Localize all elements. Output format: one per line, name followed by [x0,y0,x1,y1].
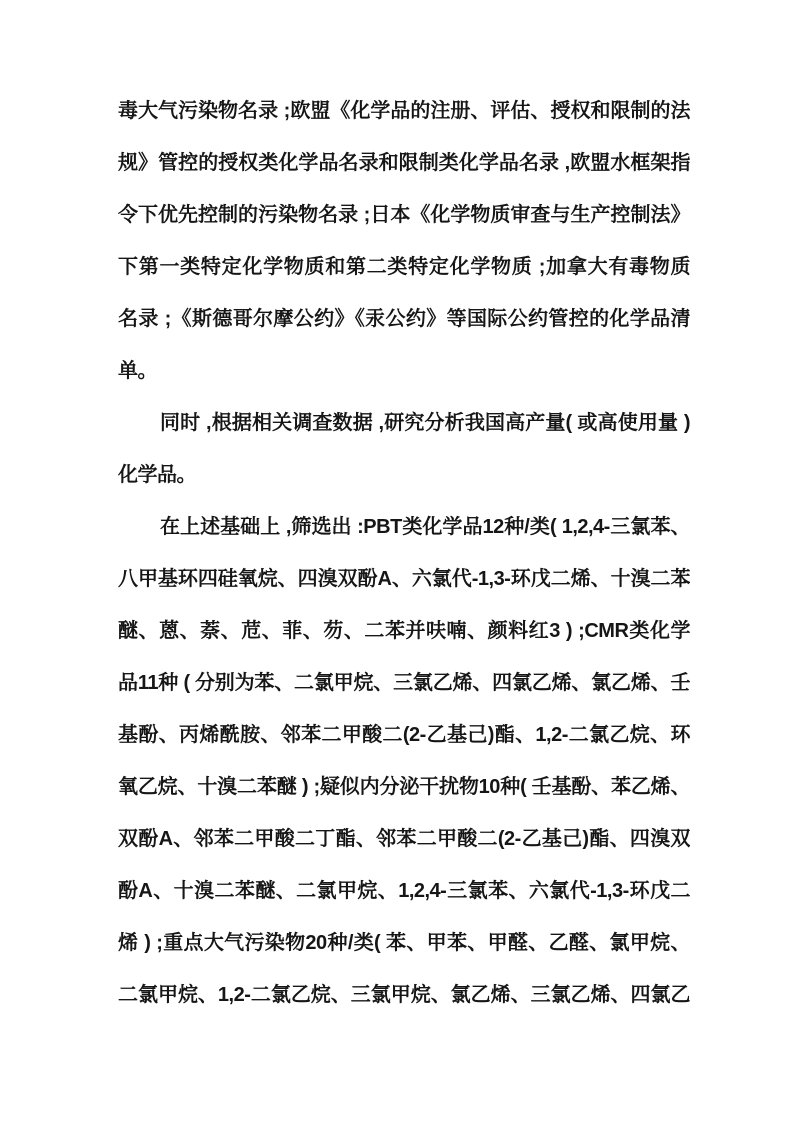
text-line: 烯 ) ;重点大气污染物20种/类( 苯、甲苯、甲醛、乙醛、氯甲烷、 [118,917,690,969]
text-line: 醚、蒽、萘、苊、菲、芴、二苯并呋喃、颜料红3 ) ;CMR类化学 [118,605,690,657]
text-line: 品11种 ( 分别为苯、二氯甲烷、三氯乙烯、四氯乙烯、氯乙烯、壬 [118,657,690,709]
text-line: 名录 ;《斯德哥尔摩公约》《汞公约》等国际公约管控的化学品清 [118,293,690,345]
text-line: 令下优先控制的污染物名录 ;日本《化学物质审查与生产控制法》 [118,189,690,241]
text-line: 规》管控的授权类化学品名录和限制类化学品名录 ,欧盟水框架指 [118,137,690,189]
text-line: 化学品。 [118,449,690,501]
text-line: 在上述基础上 ,筛选出 :PBT类化学品12种/类( 1,2,4-三氯苯、 [118,501,690,553]
text-line: 毒大气污染物名录 ;欧盟《化学品的注册、评估、授权和限制的法 [118,85,690,137]
text-line: 酚A、十溴二苯醚、二氯甲烷、1,2,4-三氯苯、六氯代-1,3-环戊二 [118,865,690,917]
text-line: 二氯甲烷、1,2-二氯乙烷、三氯甲烷、氯乙烯、三氯乙烯、四氯乙 [118,969,690,1021]
text-line: 单。 [118,345,690,397]
text-line: 基酚、丙烯酰胺、邻苯二甲酸二(2-乙基己)酯、1,2-二氯乙烷、环 [118,709,690,761]
text-line: 八甲基环四硅氧烷、四溴双酚A、六氯代-1,3-环戊二烯、十溴二苯 [118,553,690,605]
document-page: 毒大气污染物名录 ;欧盟《化学品的注册、评估、授权和限制的法规》管控的授权类化学… [0,0,793,1122]
text-line: 下第一类特定化学物质和第二类特定化学物质 ;加拿大有毒物质 [118,241,690,293]
document-text: 毒大气污染物名录 ;欧盟《化学品的注册、评估、授权和限制的法规》管控的授权类化学… [118,85,690,1021]
text-line: 同时 ,根据相关调查数据 ,研究分析我国高产量( 或高使用量 ) [118,397,690,449]
text-line: 氧乙烷、十溴二苯醚 ) ;疑似内分泌干扰物10种( 壬基酚、苯乙烯、 [118,761,690,813]
text-line: 双酚A、邻苯二甲酸二丁酯、邻苯二甲酸二(2-乙基己)酯、四溴双 [118,813,690,865]
